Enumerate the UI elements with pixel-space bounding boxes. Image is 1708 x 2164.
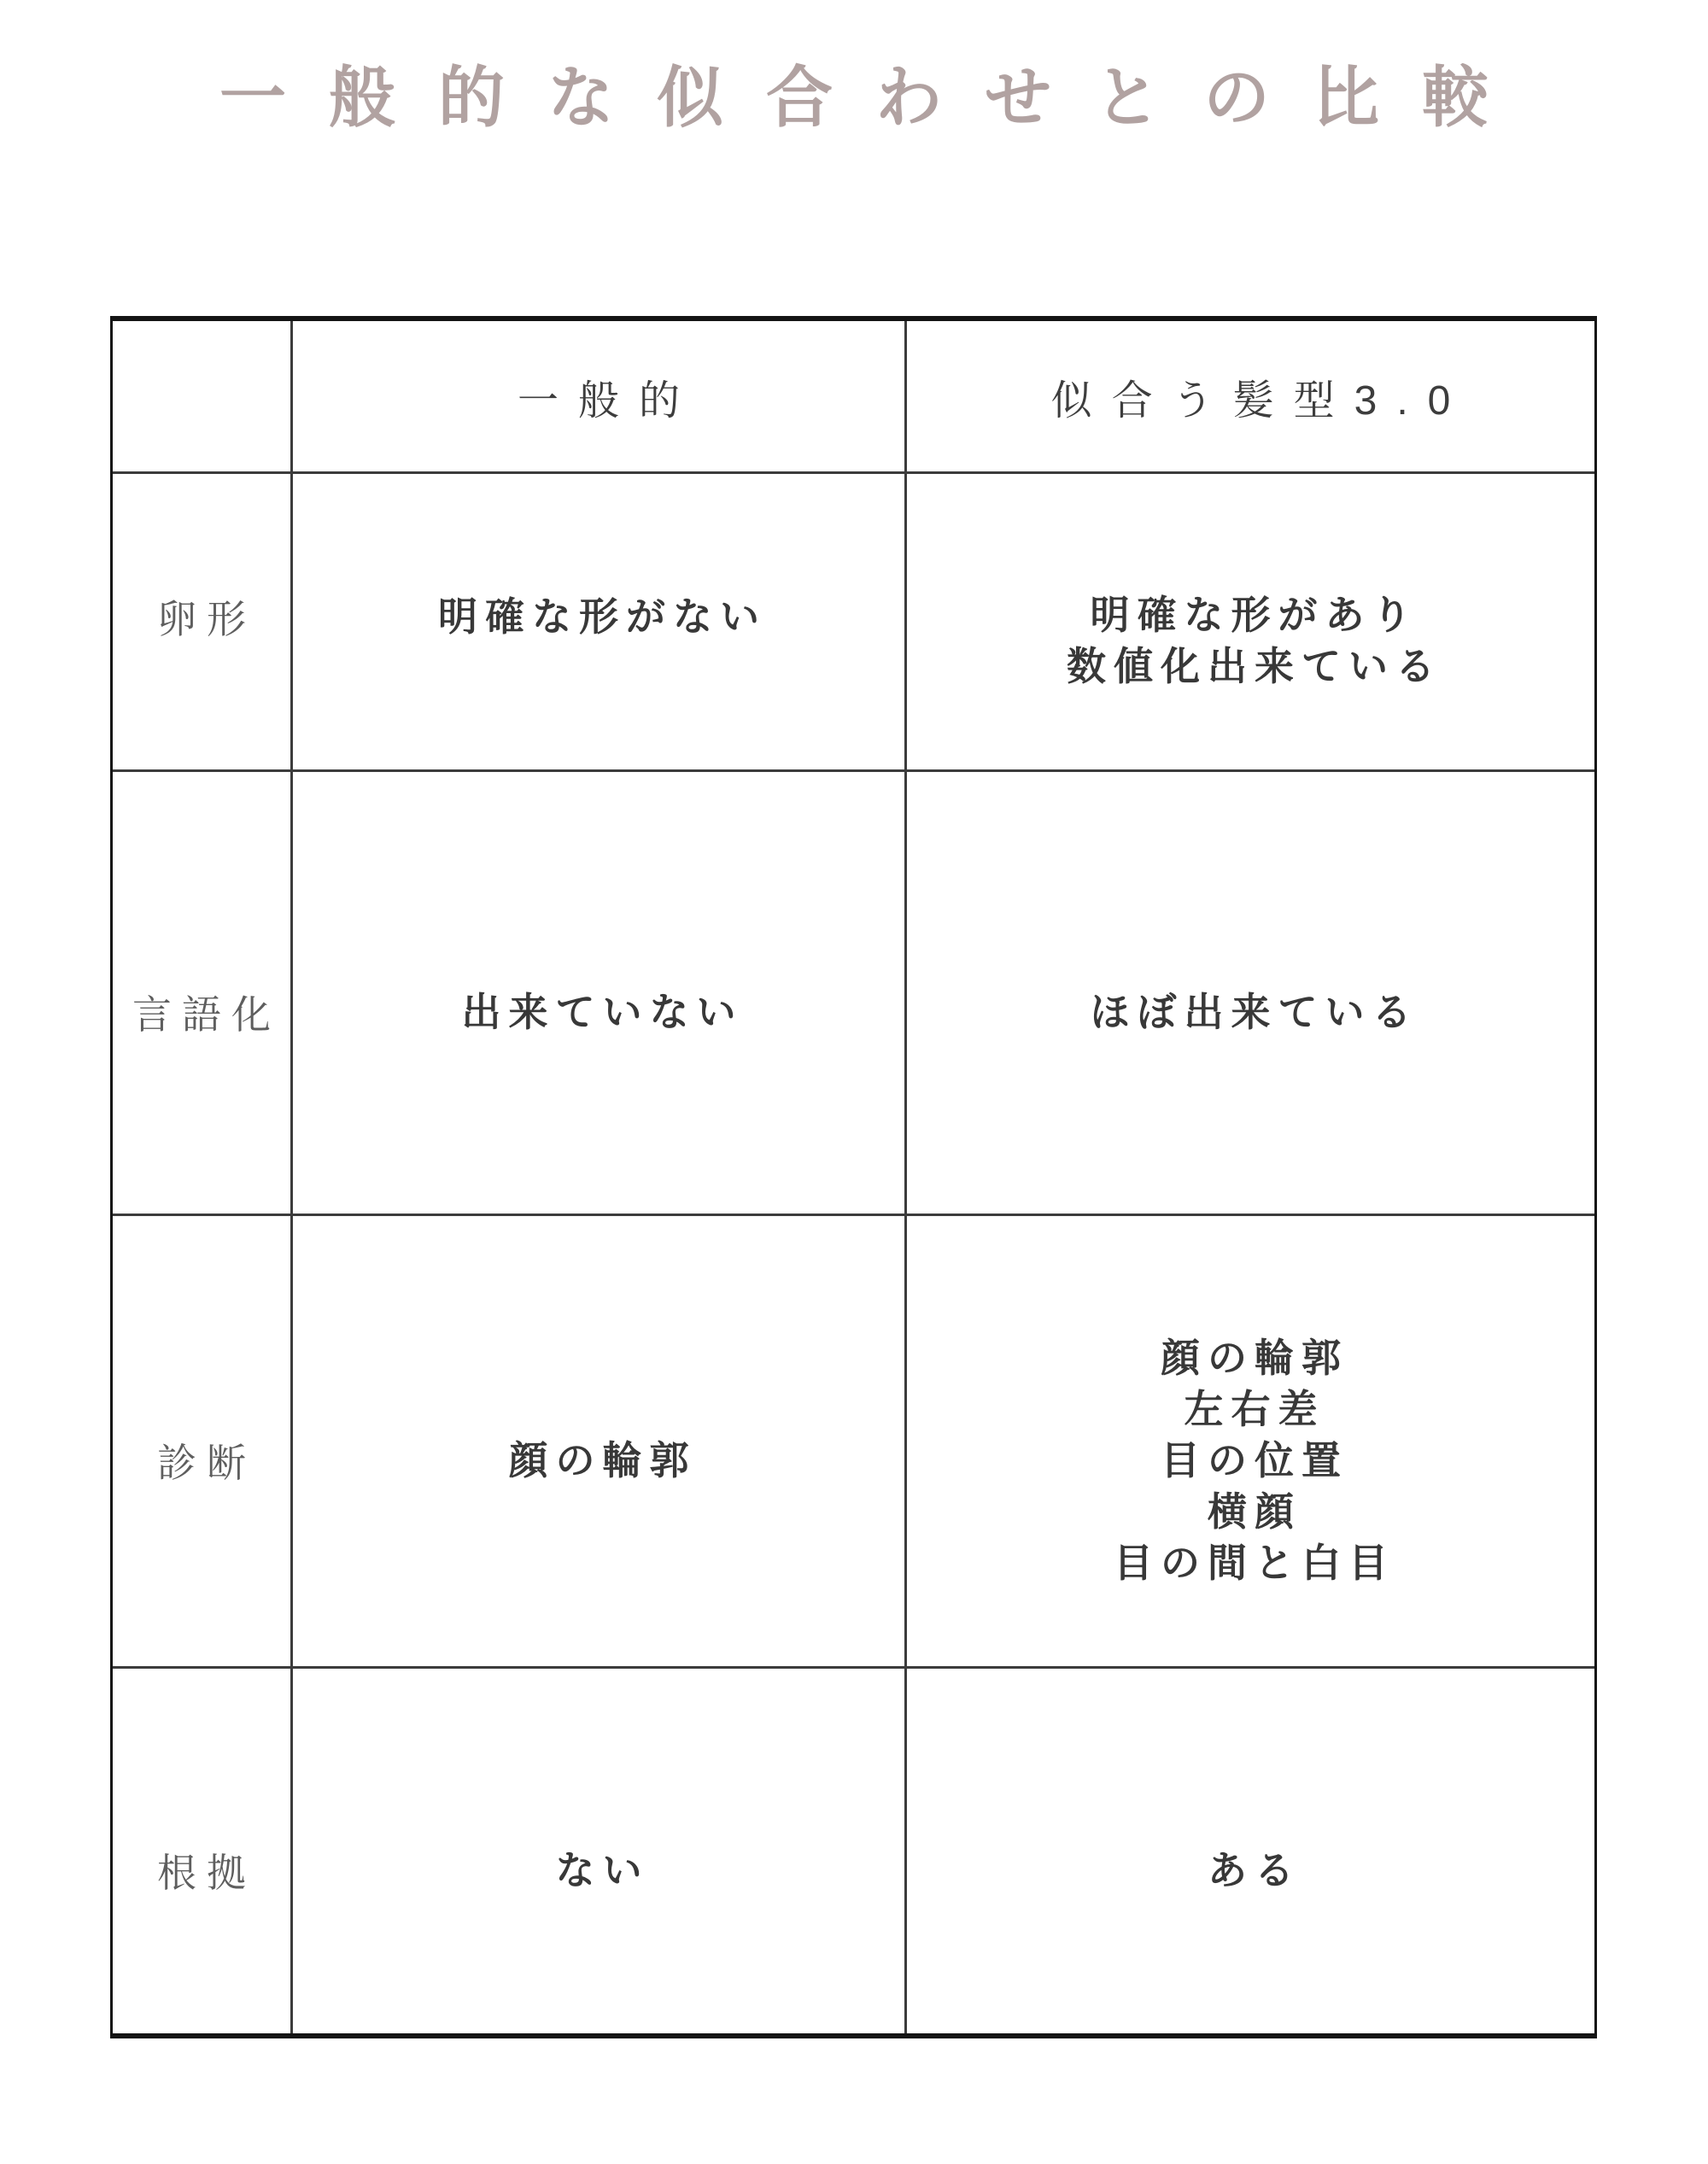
page-title: 一般的な似合わせとの比較 <box>0 58 1708 138</box>
row-4-v3-cell: ある <box>904 1666 1594 2033</box>
cell-text-line: 明確な形があり <box>1067 589 1442 640</box>
header-cell-general: 一般的 <box>290 321 904 471</box>
row-2-general-cell: 出来ていない <box>290 769 904 1214</box>
cell-text-line: 顔の輪郭 <box>1114 1332 1395 1383</box>
row-1-general-cell: 明確な形がない <box>290 471 904 769</box>
row-4-label-cell: 根拠 <box>113 1666 290 2033</box>
row-1-label: 卵形 <box>147 588 256 645</box>
cell-text-line: 出来ていない <box>462 986 744 1038</box>
row-1-label-cell: 卵形 <box>113 471 290 769</box>
row-2-v3-cell: ほぼ出来ている <box>904 769 1594 1214</box>
cell-text-line: ある <box>1208 1845 1301 1896</box>
header-general-text: 一般的 <box>498 367 699 426</box>
row-1-v3-cell: 明確な形があり 数値化出来ている <box>904 471 1594 769</box>
cell-text-line: ない <box>556 1845 650 1896</box>
cell-text-line: 左右差 <box>1114 1383 1395 1435</box>
cell-text-line: ほぼ出来ている <box>1091 986 1419 1038</box>
header-v3-text: 似合う髪型3.0 <box>1032 367 1471 426</box>
row-3-v3-cell: 顔の輪郭 左右差 目の位置 横顔 目の間と白目 <box>904 1214 1594 1666</box>
row-4-label: 根拠 <box>147 1842 256 1898</box>
row-3-label-cell: 診断 <box>113 1214 290 1666</box>
cell-text-line: 数値化出来ている <box>1067 640 1442 692</box>
header-cell-v3: 似合う髪型3.0 <box>904 321 1594 471</box>
cell-text-line: 横顔 <box>1114 1486 1395 1537</box>
row-3-label: 診断 <box>147 1432 256 1488</box>
cell-text-line: 顔の輪郭 <box>509 1435 697 1486</box>
cell-text-line: 目の位置 <box>1114 1435 1395 1486</box>
cell-text-line: 目の間と白目 <box>1114 1537 1395 1588</box>
row-2-label: 言語化 <box>122 984 281 1040</box>
row-3-general-cell: 顔の輪郭 <box>290 1214 904 1666</box>
header-cell-empty <box>113 321 290 471</box>
row-2-label-cell: 言語化 <box>113 769 290 1214</box>
row-4-general-cell: ない <box>290 1666 904 2033</box>
cell-text-line: 明確な形がない <box>438 591 767 642</box>
comparison-table: 一般的 似合う髪型3.0 卵形 明確な形がない 明確な形があり 数値化出来ている… <box>110 316 1597 2038</box>
